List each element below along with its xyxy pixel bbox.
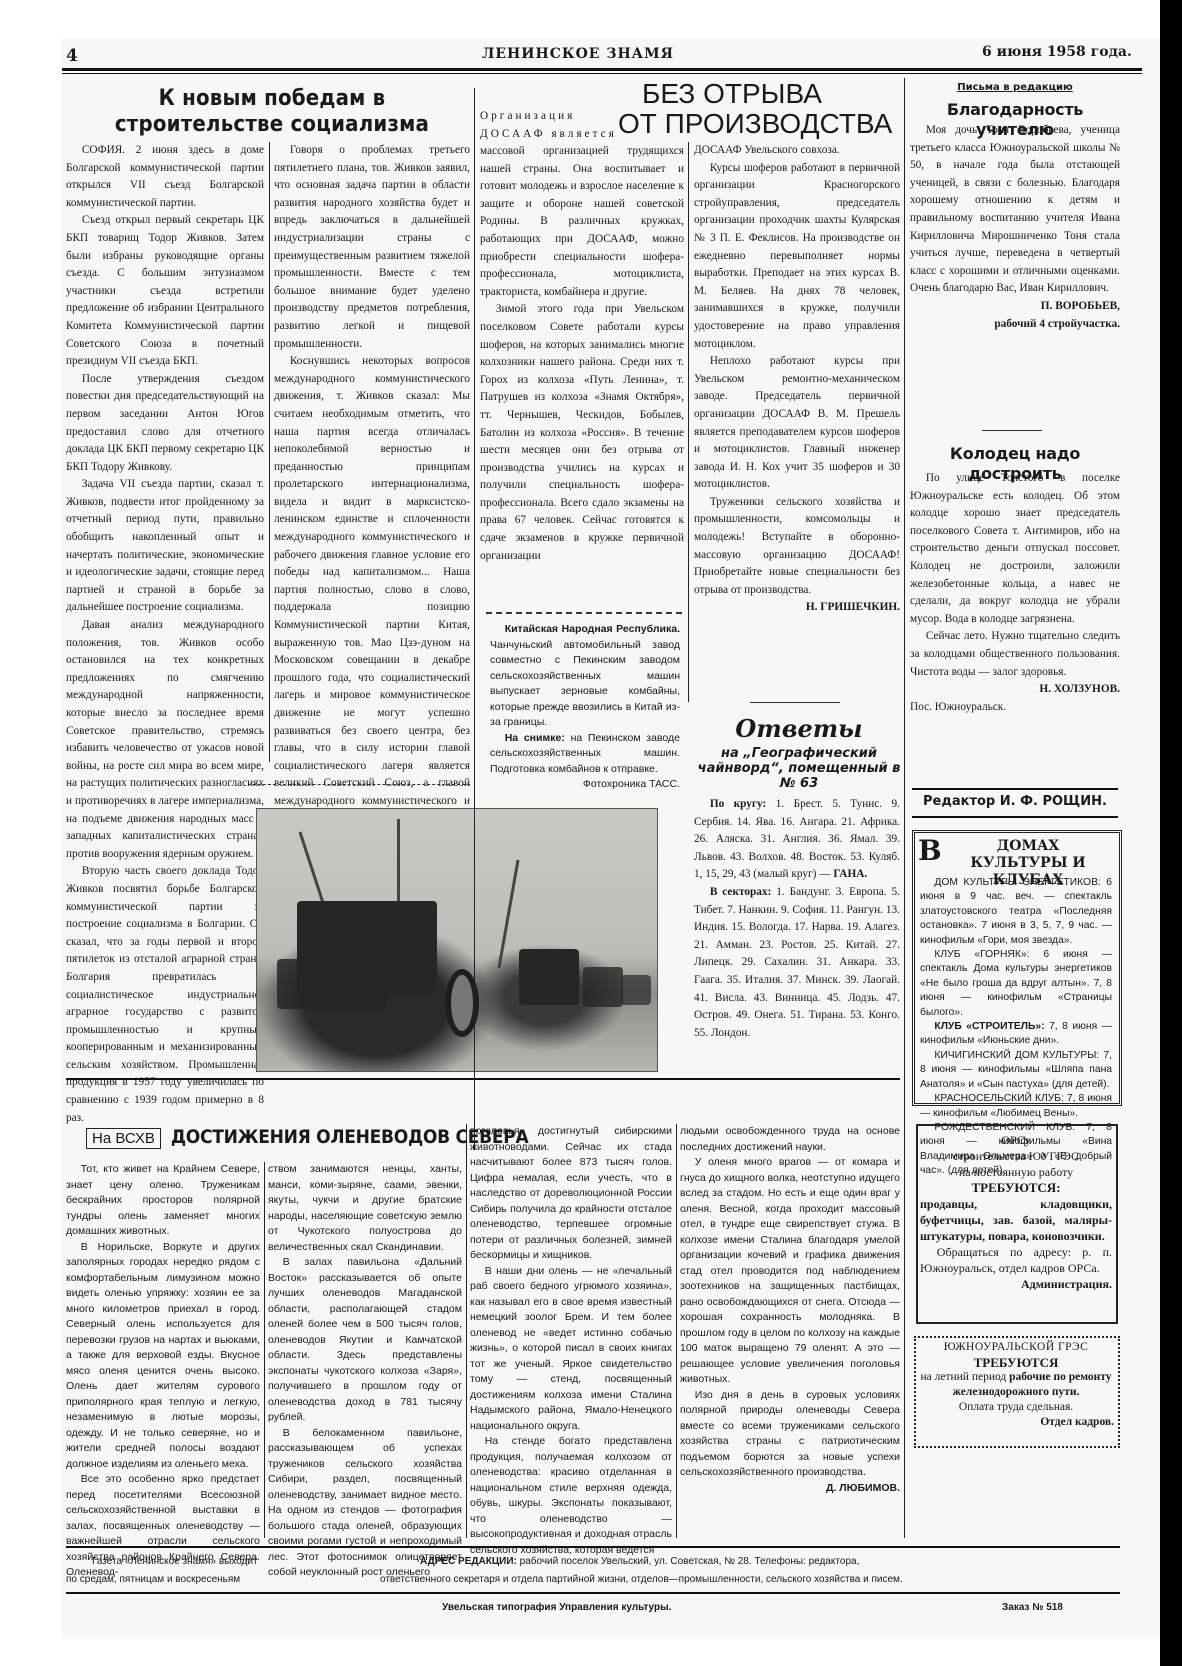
combines-photo [256, 808, 658, 1072]
ad-ors-line: на постоянную работу [920, 1164, 1112, 1180]
paragraph: Моя дочь Тоня Воробьева, ученица третьег… [910, 122, 1120, 298]
ad-gres: ЮЖНОУРАЛЬСКОЙ ГРЭС ТРЕБУЮТСЯ на летний п… [918, 1340, 1114, 1430]
paragraph: По улице Толстого в поселке Южноуральске… [910, 470, 1120, 628]
paragraph: На стенде богато представлена продукция,… [470, 1434, 672, 1558]
paragraph: Вторую часть своего доклада Тодор Живков… [66, 863, 264, 1127]
paragraph: В залах павильона «Дальний Восток» расск… [268, 1255, 462, 1426]
ad-gres-pay: Оплата труда сдельная. [918, 1400, 1114, 1415]
photo-credit: Фотохроника ТАСС. [490, 777, 680, 793]
combine-shape [621, 975, 651, 1005]
footer-rule [66, 1592, 1120, 1594]
paragraph: Тот, кто живет на Крайнем Севере, знает … [66, 1162, 260, 1240]
footer-rule [66, 1546, 1120, 1548]
venue-name: ДОМ КУЛЬТУРЫ ЭНЕРГЕТИКОВ: [934, 877, 1100, 888]
venue-name: КЛУБ «СТРОИТЕЛЬ»: [934, 1021, 1044, 1032]
otvety-body: По кругу: 1. Брест. 5. Тунис. 9. Сербия.… [694, 796, 900, 1042]
paragraph: Коснувшись некоторых вопросов международ… [274, 353, 470, 828]
column-divider [264, 1162, 265, 1538]
article-bulgaria-col2: Говоря о проблемах третьего пятилетнего … [274, 142, 470, 828]
paragraph: Курсы шоферов работают в первичной орган… [694, 160, 900, 354]
article-reindeer-col2: ством занимаются ненцы, ханты, манси, ко… [268, 1162, 462, 1581]
paragraph: Сейчас лето. Нужно тщательно следить за … [910, 628, 1120, 681]
article-reindeer-col4: людьми освобожденного труда на основе по… [680, 1124, 900, 1496]
ad-gres-heading: ТРЕБУЮТСЯ [918, 1355, 1114, 1370]
author-role: рабочий 4 стройучастка. [910, 316, 1120, 334]
paragraph: После утверждения съездом повестки дня п… [66, 371, 264, 477]
scan-border [1160, 0, 1182, 1666]
printer-line: Увельская типография Управления культуры… [442, 1602, 671, 1613]
address-text: рабочий поселок Увельский, ул. Советская… [520, 1556, 860, 1567]
section-rule [66, 1078, 900, 1080]
headline-dosaaf-line1: БЕЗ ОТРЫВА [642, 78, 822, 110]
article-dosaaf-col1: массовой организацией трудящихся нашей с… [480, 143, 684, 565]
photo-divider [248, 784, 470, 787]
article-reindeer-col1: Тот, кто живет на Крайнем Севере, знает … [66, 1162, 260, 1581]
newspaper-title: ЛЕНИНСКОЕ ЗНАМЯ [482, 46, 674, 62]
paragraph: В наши дни олень — не «печальный раб сво… [470, 1264, 672, 1435]
ad-ors-heading: ТРЕБУЮТСЯ: [920, 1180, 1112, 1196]
schedule-line1: Газета «Ленинское знамя» выходит [92, 1556, 258, 1567]
editor-rule [912, 816, 1118, 818]
tree-shape [497, 860, 519, 969]
article-dosaaf-col2: ДОСААФ Увельского совхоза. Курсы шоферов… [694, 142, 900, 617]
article-bulgaria-col1: СОФИЯ. 2 июня здесь в доме Болгарской ко… [66, 142, 264, 1127]
letters-kicker: Письма в редакцию [910, 82, 1120, 93]
paragraph: поголовья, достигнутый сибирскими животн… [470, 1124, 672, 1264]
headline-bulgaria: К новым победам в строительстве социализ… [72, 86, 472, 138]
issue-date: 6 июня 1958 года. [982, 44, 1132, 60]
ad-ors-jobs: продавцы, кладовщики, буфетчицы, зав. ба… [920, 1196, 1112, 1244]
divider [750, 702, 840, 703]
paragraph: Задача VII съезда партии, сказал т. Живк… [66, 476, 264, 617]
paragraph: СОФИЯ. 2 июня здесь в доме Болгарской ко… [66, 142, 264, 212]
venue-name: КЛУБ «ГОРНЯК»: [934, 949, 1029, 960]
address-line1: АДРЕС РЕДАКЦИИ: рабочий поселок Увельски… [420, 1556, 859, 1567]
address-line2: ответственного секретаря и отдела партий… [380, 1574, 903, 1585]
article-reindeer-col3: поголовья, достигнутый сибирскими животн… [470, 1124, 672, 1558]
label: По кругу: [710, 798, 767, 810]
ad-ors-line: строительства ЮУГРЭС [920, 1148, 1112, 1164]
ad-gres-signature: Отдел кадров. [918, 1415, 1114, 1430]
caption-heading: Китайская Народная Республика. [505, 623, 680, 635]
ad-gres-text: на летний период [921, 1371, 1007, 1383]
paragraph: Говоря о проблемах третьего пятилетнего … [274, 142, 470, 353]
header-rule-thin [62, 73, 1142, 74]
column-divider [904, 78, 905, 1538]
combine-shape [519, 949, 579, 1005]
paragraph: Неплохо работают курсы при Увельском рем… [694, 353, 900, 494]
paragraph: ДОСААФ Увельского совхоза. [694, 142, 900, 160]
ad-gres-org: ЮЖНОУРАЛЬСКОЙ ГРЭС [918, 1340, 1114, 1355]
china-caption: Китайская Народная Республика. Чанчуньск… [490, 622, 680, 793]
lead-text: Организация ДОСААФ является [480, 108, 620, 143]
otvety-subtitle: на „Географический чайнворд“, помещенный… [694, 746, 904, 791]
order-number: Заказ № 518 [1002, 1602, 1063, 1613]
ad-ors-signature: Администрация. [920, 1276, 1112, 1292]
divider [982, 430, 1042, 431]
paragraph: У оленя много врагов — от комара и гнуса… [680, 1155, 900, 1388]
headline-dosaaf-line2: ОТ ПРОИЗВОДСТВА [618, 108, 892, 140]
author-signature: Д. ЛЮБИМОВ. [680, 1481, 900, 1497]
newspaper-page: 4 ЛЕНИНСКОЕ ЗНАМЯ 6 июня 1958 года. К но… [62, 38, 1160, 1638]
author-place: Пос. Южноуральск. [910, 699, 1120, 717]
column-divider [688, 142, 689, 702]
address-label: АДРЕС РЕДАКЦИИ: [420, 1556, 517, 1567]
editor-rule [912, 788, 1118, 790]
venue-name: КИЧИГИНСКИЙ ДОМ КУЛЬТУРЫ: [934, 1050, 1099, 1061]
paragraph: В Норильске, Воркуте и других заполярных… [66, 1240, 260, 1473]
paragraph: массовой организацией трудящихся нашей с… [480, 143, 684, 301]
ad-ors-line: ОРСу [920, 1132, 1112, 1148]
letter2-body: По улице Толстого в поселке Южноуральске… [910, 470, 1120, 716]
paragraph: ством занимаются ненцы, ханты, манси, ко… [268, 1162, 462, 1255]
page-number: 4 [66, 46, 78, 66]
paragraph: Труженики сельского хозяйства и промышле… [694, 494, 900, 600]
reindeer-headline: На ВСХВДОСТИЖЕНИЯ ОЛЕНЕВОДОВ СЕВЕРА [86, 1126, 528, 1149]
paragraph: Давая анализ международного положения, т… [66, 617, 264, 863]
combine-shape [583, 967, 623, 1007]
column-divider [269, 142, 270, 762]
column-divider [466, 1124, 467, 1538]
ad-ors: ОРСу строительства ЮУГРЭС на постоянную … [920, 1132, 1112, 1292]
answers-circle: 1. Брест. 5. Тунис. 9. Сербия. 14. Ява. … [694, 798, 900, 880]
header-rule [62, 68, 1142, 71]
venue-name: КРАСНОСЕЛЬСКИЙ КЛУБ: [934, 1093, 1063, 1104]
answers-sectors: 1. Бандунг. 3. Европа. 5. Тибет. 7. Нанк… [694, 886, 900, 1039]
dosaaf-lead: Организация ДОСААФ является [480, 108, 620, 143]
author-signature: Н. ГРИШЕЧКИН. [694, 599, 900, 617]
photo-label: На снимке: [505, 732, 565, 744]
paragraph: людьми освобожденного труда на основе по… [680, 1124, 900, 1155]
ad-ors-contact: Обращаться по адресу: р. п. Южноуральск,… [920, 1244, 1112, 1276]
letter1-body: Моя дочь Тоня Воробьева, ученица третьег… [910, 122, 1120, 333]
column-divider [676, 1124, 677, 1538]
caption-text: Чанчуньский автомобильный завод совместн… [490, 639, 680, 729]
combine-shape [277, 959, 387, 1009]
answer-key: ГАНА. [833, 868, 867, 880]
label: В секторах: [710, 886, 772, 898]
vsxv-tag: На ВСХВ [86, 1128, 161, 1149]
author-signature: П. ВОРОБЬЕВ, [910, 298, 1120, 316]
paragraph: Съезд открыл первый секретарь ЦК БКП тов… [66, 212, 264, 370]
paragraph: Зимой этого года при Увельском поселково… [480, 301, 684, 565]
editor-name: Редактор И. Ф. РОЩИН. [912, 794, 1118, 809]
schedule-line2: по средам, пятницам и воскресеньям [66, 1574, 240, 1585]
paragraph: Изо дня в день в суровых условиях полярн… [680, 1388, 900, 1481]
otvety-title: Ответы [694, 714, 904, 743]
column-divider [474, 88, 475, 1150]
culture-initial: В [918, 834, 942, 867]
author-signature: Н. ХОЛЗУНОВ. [910, 681, 1120, 699]
